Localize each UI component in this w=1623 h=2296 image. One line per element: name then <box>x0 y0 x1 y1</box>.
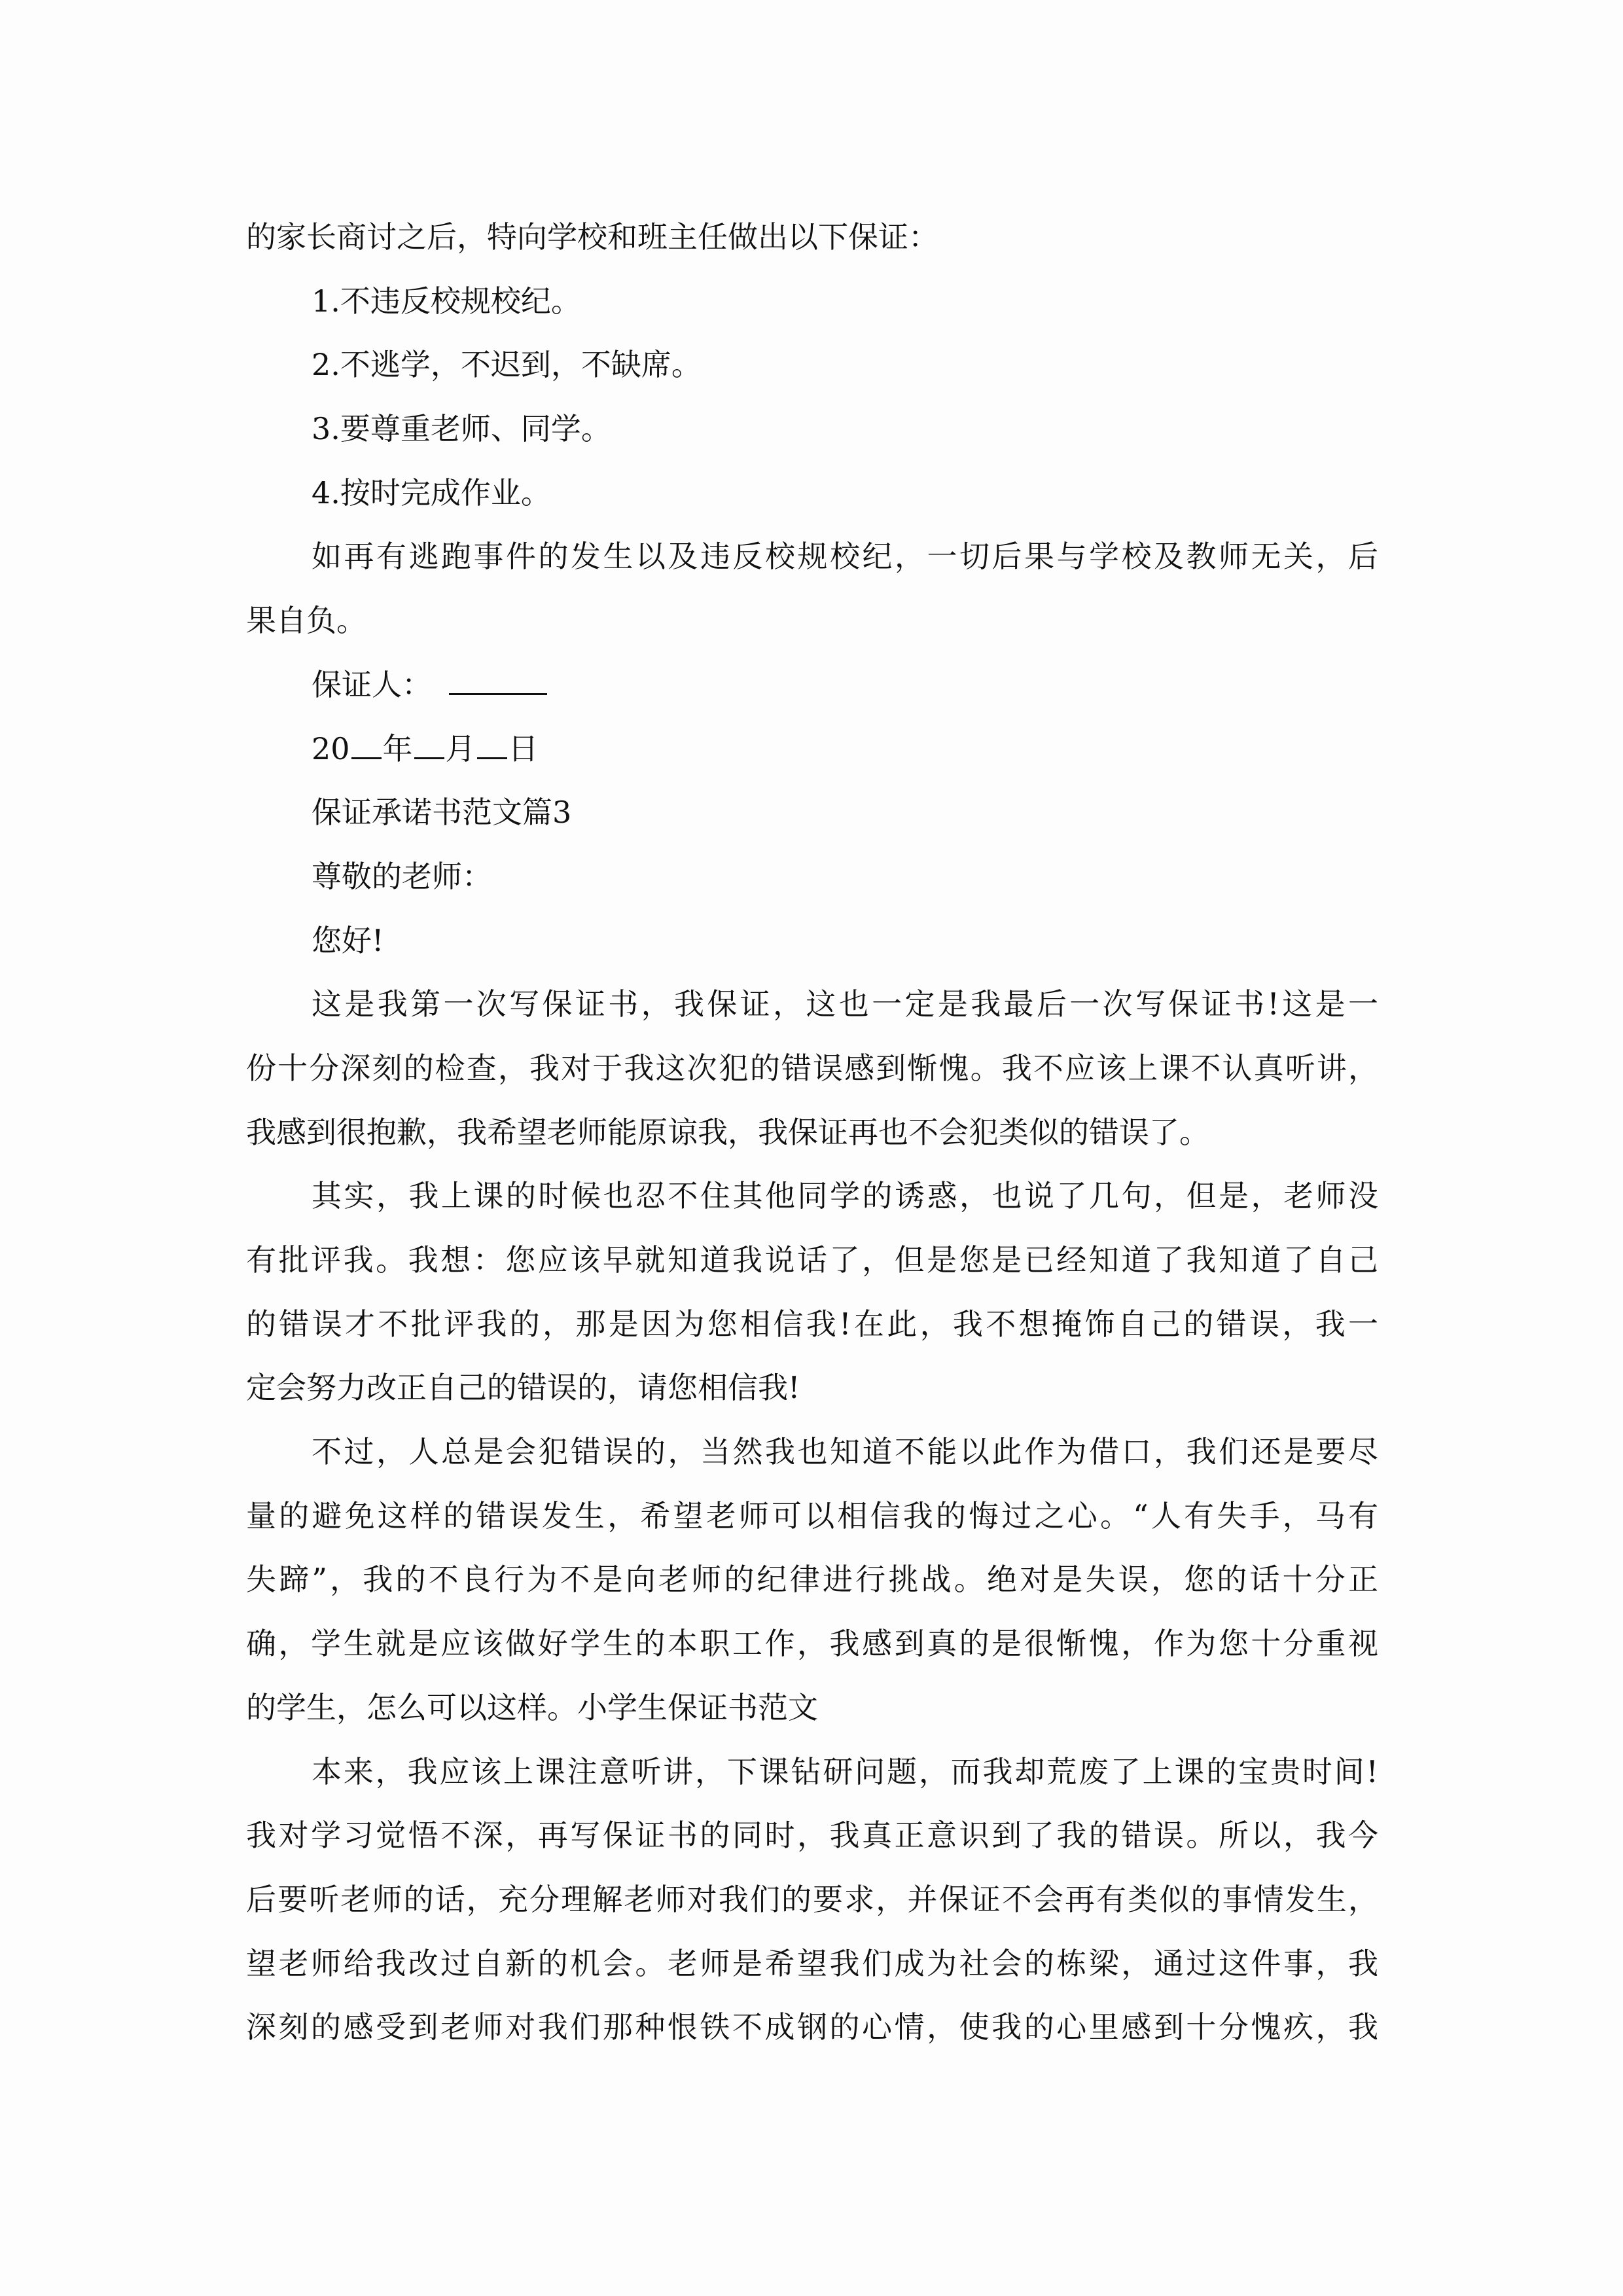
paragraph-2: 其实，我上课的时候也忍不住其他同学的诱惑，也说了几句，但是，老师没 有批评我。我… <box>246 1164 1378 1420</box>
greeting: 您好! <box>246 909 1378 973</box>
text-line: 我对学习觉悟不深，再写保证书的同时，我真正意识到了我的错误。所以，我今 <box>246 1804 1378 1868</box>
text-line: 我感到很抱歉，我希望老师能原谅我，我保证再也不会犯类似的错误了。 <box>246 1101 1378 1165</box>
month-blank <box>414 731 444 759</box>
text-line: 后要听老师的话，充分理解老师对我们的要求，并保证不会再有类似的事情发生， <box>246 1868 1378 1932</box>
month-unit: 月 <box>446 731 476 766</box>
text-line: 量的避免这样的错误发生，希望老师可以相信我的悔过之心。“人有失手，马有 <box>246 1484 1378 1549</box>
text-line: 这是我第一次写保证书，我保证，这也一定是我最后一次写保证书!这是一 <box>246 973 1378 1037</box>
paragraph-1: 这是我第一次写保证书，我保证，这也一定是我最后一次写保证书!这是一 份十分深刻的… <box>246 973 1378 1164</box>
text-line: 如再有逃跑事件的发生以及违反校规校纪，一切后果与学校及教师无关，后 <box>246 525 1378 589</box>
text-line: 失蹄”，我的不良行为不是向老师的纪律进行挑战。绝对是失误，您的话十分正 <box>246 1548 1378 1612</box>
paragraph-4: 本来，我应该上课注意听讲，下课钻研问题，而我却荒废了上课的宝贵时间! 我对学习觉… <box>246 1740 1378 2060</box>
text-line: 定会努力改正自己的错误的，请您相信我! <box>246 1356 1378 1420</box>
signature-label: 保证人： <box>312 667 432 702</box>
pledge-item-2: 2.不逃学，不迟到，不缺席。 <box>246 333 1378 397</box>
pledge-item-1: 1.不违反校规校纪。 <box>246 270 1378 334</box>
document-body: 的家长商讨之后，特向学校和班主任做出以下保证： 1.不违反校规校纪。 2.不逃学… <box>246 206 1378 2060</box>
paragraph-3: 不过，人总是会犯错误的，当然我也知道不能以此作为借口，我们还是要尽 量的避免这样… <box>246 1420 1378 1740</box>
text-line: 确，学生就是应该做好学生的本职工作，我感到真的是很惭愧，作为您十分重视 <box>246 1612 1378 1676</box>
text-line: 的错误才不批评我的，那是因为您相信我!在此，我不想掩饰自己的错误，我一 <box>246 1293 1378 1357</box>
date-line: 20年月日 <box>246 717 1378 781</box>
document-page: 的家长商讨之后，特向学校和班主任做出以下保证： 1.不违反校规校纪。 2.不逃学… <box>0 0 1623 2296</box>
day-unit: 日 <box>508 731 539 766</box>
pledge-item-4: 4.按时完成作业。 <box>246 461 1378 526</box>
text-line: 果自负。 <box>246 589 1378 653</box>
date-prefix: 20 <box>312 731 350 766</box>
salutation: 尊敬的老师： <box>246 845 1378 909</box>
text-line: 本来，我应该上课注意听讲，下课钻研问题，而我却荒废了上课的宝贵时间! <box>246 1740 1378 1804</box>
year-unit: 年 <box>383 731 413 766</box>
text-line: 深刻的感受到老师对我们那种恨铁不成钢的心情，使我的心里感到十分愧疚，我 <box>246 1996 1378 2060</box>
pledge-item-3: 3.要尊重老师、同学。 <box>246 397 1378 461</box>
text-line: 的家长商讨之后，特向学校和班主任做出以下保证： <box>246 206 1378 270</box>
text-line: 的学生，怎么可以这样。小学生保证书范文 <box>246 1676 1378 1740</box>
signature-blank <box>449 667 547 695</box>
signature-line: 保证人： <box>246 653 1378 717</box>
year-blank <box>351 731 382 759</box>
text-line: 不过，人总是会犯错误的，当然我也知道不能以此作为借口，我们还是要尽 <box>246 1420 1378 1484</box>
day-blank <box>477 731 507 759</box>
text-line: 有批评我。我想：您应该早就知道我说话了，但是您是已经知道了我知道了自己 <box>246 1229 1378 1293</box>
section-title: 保证承诺书范文篇3 <box>246 781 1378 845</box>
text-line: 望老师给我改过自新的机会。老师是希望我们成为社会的栋梁，通过这件事，我 <box>246 1932 1378 1996</box>
text-line: 其实，我上课的时候也忍不住其他同学的诱惑，也说了几句，但是，老师没 <box>246 1164 1378 1229</box>
text-line: 份十分深刻的检查，我对于我这次犯的错误感到惭愧。我不应该上课不认真听讲， <box>246 1037 1378 1101</box>
